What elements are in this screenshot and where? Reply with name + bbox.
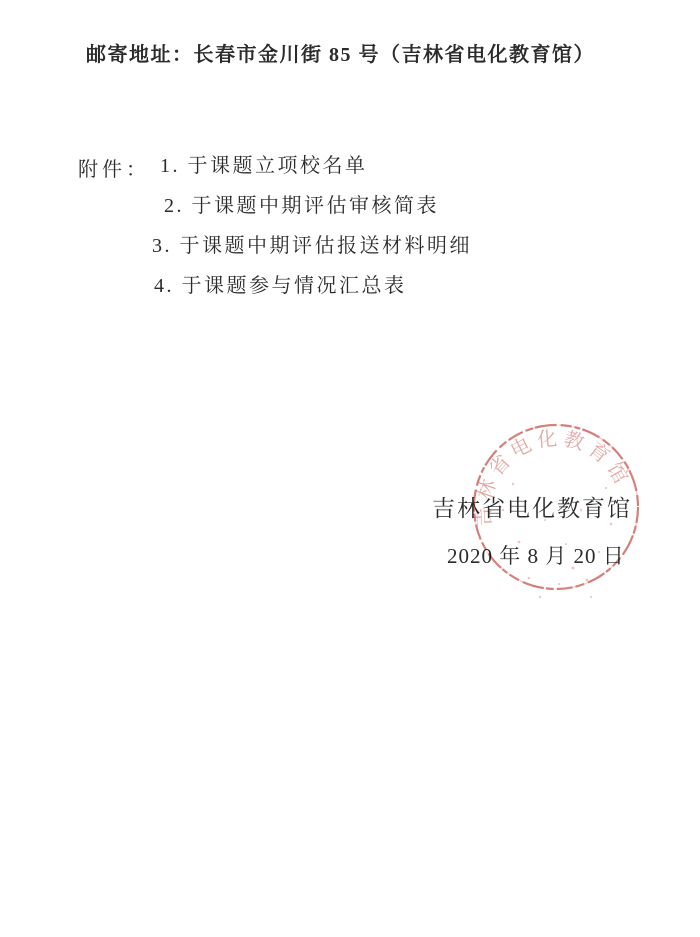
attachment-item-2: 2. 于课题中期评估审核简表 xyxy=(152,186,472,226)
attachment-item-3: 3. 于课题中期评估报送材料明细 xyxy=(152,226,472,266)
attachments-label: 附件： xyxy=(78,150,150,190)
attachment-item-1: 1. 于课题立项校名单 xyxy=(152,146,472,186)
signature-date: 2020 年 8 月 20 日 xyxy=(447,540,625,570)
attachments-list: 1. 于课题立项校名单 2. 于课题中期评估审核简表 3. 于课题中期评估报送材… xyxy=(152,146,472,306)
mailing-address-line: 邮寄地址：长春市金川街 85 号（吉林省电化教育馆） xyxy=(86,38,595,67)
signature-organization: 吉林省电化教育馆 xyxy=(432,490,632,523)
document-page: 邮寄地址：长春市金川街 85 号（吉林省电化教育馆） 附件： 1. 于课题立项校… xyxy=(0,0,700,937)
attachment-item-4: 4. 于课题参与情况汇总表 xyxy=(152,266,472,306)
